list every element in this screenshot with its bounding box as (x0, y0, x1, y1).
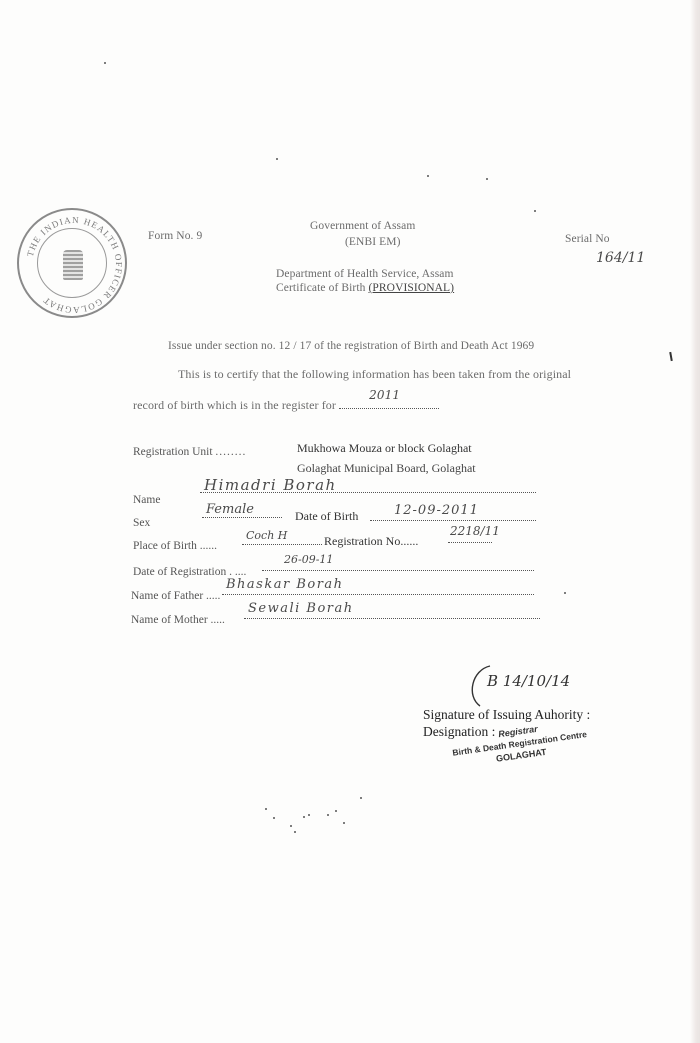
certify-text-line2: record of birth which is in the register… (133, 396, 439, 413)
sex-label: Sex (133, 517, 150, 529)
certificate-prefix: Certificate of Birth (276, 282, 366, 294)
place-of-birth-label: Place of Birth ...... (133, 540, 217, 552)
register-year-field: 2011 (339, 396, 439, 409)
ink-speck (327, 814, 329, 816)
ink-speck (486, 178, 488, 180)
dob-value: 12-09-2011 (394, 503, 479, 518)
ink-speck (308, 814, 310, 816)
national-emblem-icon (63, 250, 83, 280)
ink-speck (360, 797, 362, 799)
registration-no-value: 2218/11 (450, 524, 500, 538)
dob-label: Date of Birth (295, 509, 358, 524)
registration-unit-line2: Golaghat Municipal Board, Golaghat (297, 461, 476, 476)
place-of-birth-value: Coch H (246, 529, 287, 542)
mother-name-value: Sewali Borah (248, 601, 354, 616)
header-code: (ENBI EM) (345, 236, 401, 248)
ink-speck (343, 822, 345, 824)
dob-field: 12-09-2011 (370, 506, 536, 521)
form-number: Form No. 9 (148, 230, 202, 242)
father-name-label: Name of Father ..... (131, 590, 220, 602)
margin-mark (669, 352, 673, 361)
ink-speck (564, 592, 566, 594)
mother-name-label: Name of Mother ..... (131, 614, 225, 626)
date-of-registration-value: 26-09-11 (284, 553, 333, 566)
registration-unit-line1: Mukhowa Mouza or block Golaghat (297, 441, 472, 456)
sex-value: Female (206, 502, 254, 517)
issue-clause: Issue under section no. 12 / 17 of the r… (168, 340, 534, 352)
signature-scribble: B 14/10/14 (487, 672, 570, 690)
mother-name-field: Sewali Borah (244, 604, 540, 619)
certify-text-line1: This is to certify that the following in… (178, 367, 571, 382)
registration-no-label: Registration No...... (324, 534, 418, 549)
ink-speck (276, 158, 278, 160)
page-edge-shadow (690, 0, 700, 1043)
ink-speck (303, 816, 305, 818)
serial-label: Serial No (565, 233, 610, 245)
certificate-title: Certificate of Birth (PROVISIONAL) (276, 282, 454, 294)
registration-unit-label: Registration Unit ........ (133, 446, 246, 458)
department-title: Department of Health Service, Assam (276, 268, 454, 280)
name-label: Name (133, 494, 160, 506)
place-of-birth-field: Coch H (242, 530, 322, 545)
date-of-registration-field: 26-09-11 (262, 556, 534, 571)
serial-value: 164/11 (596, 250, 645, 266)
father-name-value: Bhaskar Borah (226, 577, 344, 592)
ink-speck (273, 817, 275, 819)
register-year-value: 2011 (369, 388, 400, 402)
ink-speck (534, 210, 536, 212)
ink-speck (290, 825, 292, 827)
name-value: Himadri Borah (204, 476, 337, 494)
name-field: Himadri Borah (200, 478, 536, 493)
ink-speck (265, 808, 267, 810)
official-seal: THE INDIAN HEALTH OFFICER GOLAGHAT (17, 208, 127, 318)
father-name-field: Bhaskar Borah (222, 580, 534, 595)
registration-no-field: 2218/11 (448, 528, 492, 543)
ink-speck (294, 831, 296, 833)
sex-field: Female (202, 503, 282, 518)
ink-speck (335, 810, 337, 812)
government-title: Government of Assam (310, 220, 415, 232)
certificate-status: (PROVISIONAL) (368, 282, 454, 294)
ink-speck (427, 175, 429, 177)
ink-speck (104, 62, 106, 64)
